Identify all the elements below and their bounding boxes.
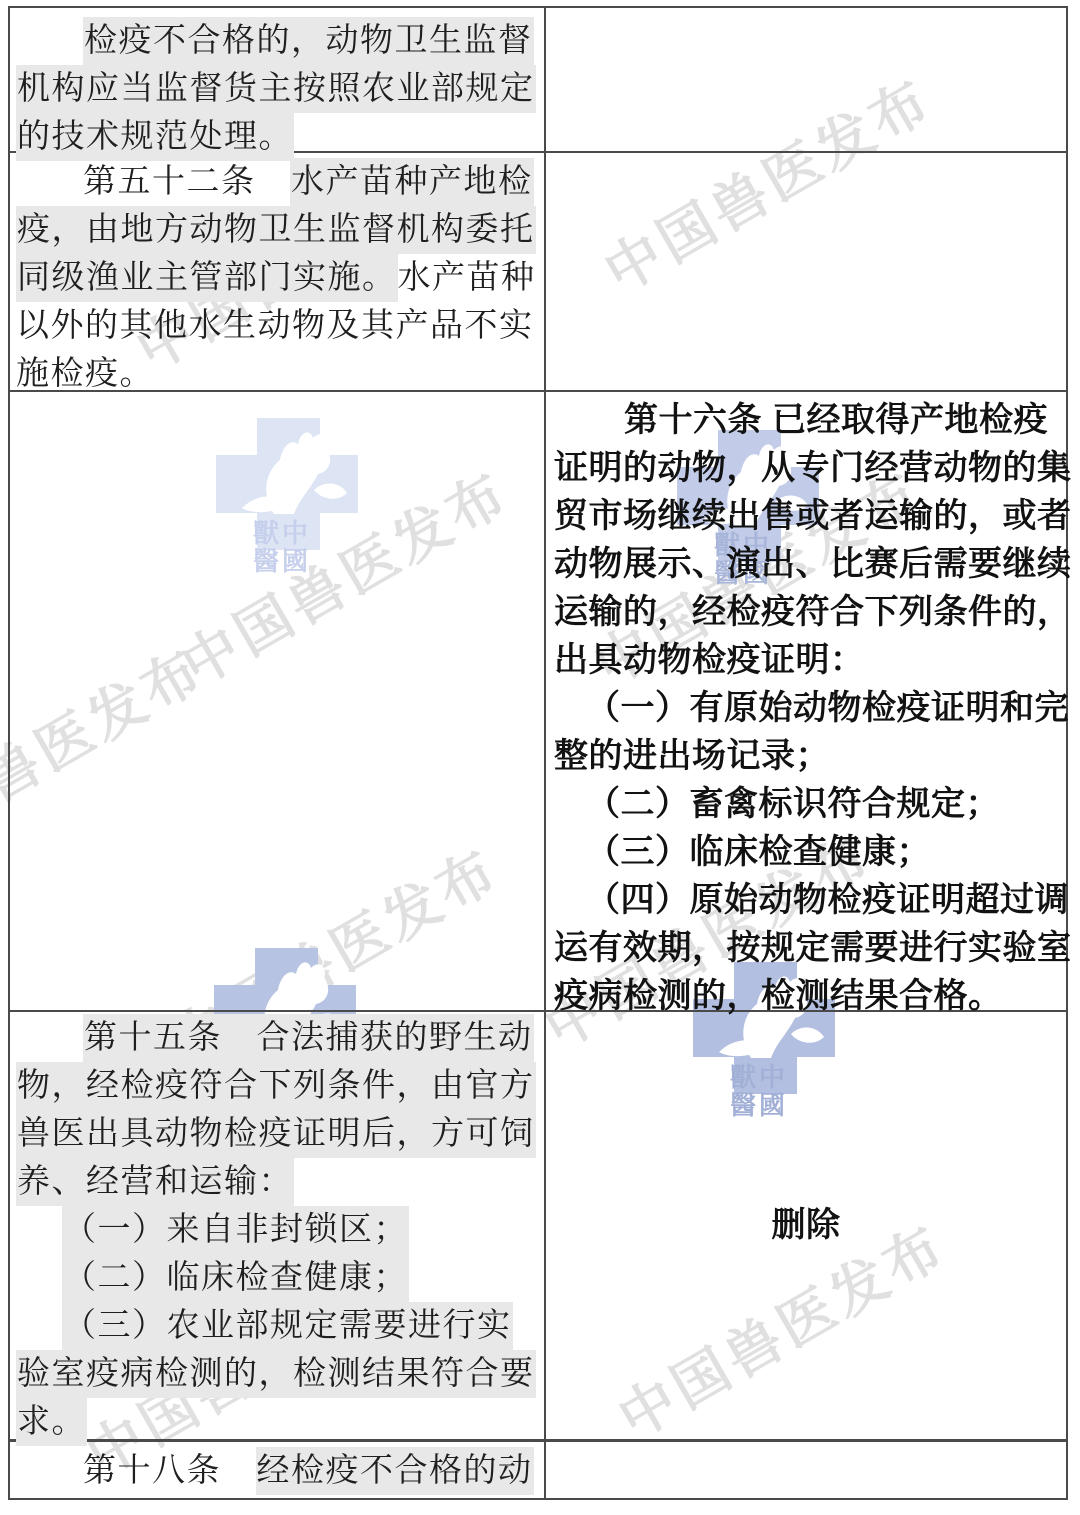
table-cell-left: 第五十二条 水产苗种产地检疫，由地方动物卫生监督机构委托同级渔业主管部门实施。水… xyxy=(10,153,546,390)
table-row: 第十五条 合法捕获的野生动物，经检疫符合下列条件，由官方兽医出具动物检疫证明后，… xyxy=(10,1012,1066,1442)
highlighted-text: 求。 xyxy=(16,1398,87,1446)
highlighted-text: 经检疫不合格的动 xyxy=(256,1447,534,1495)
plain-text: （四）原始动物检疫证明超过调 xyxy=(586,881,1069,919)
highlighted-text: 机构应当监督货主按照农业部规定 xyxy=(16,65,536,113)
plain-text: 疫病检测的，检测结果合格。 xyxy=(554,977,1003,1015)
text-line: （二）临床检查健康； xyxy=(16,1254,544,1302)
text-line: 第十八条 经检疫不合格的动 xyxy=(16,1447,544,1495)
text-line: （三）农业部规定需要进行实 xyxy=(16,1302,544,1350)
plain-text: 运有效期，按规定需要进行实验室 xyxy=(554,929,1072,967)
text-line: 证明的动物，从专门经营动物的集 xyxy=(554,444,1072,492)
plain-text: 动物展示、演出、比赛后需要继续 xyxy=(554,545,1072,583)
text-line: 出具动物检疫证明： xyxy=(554,636,1072,684)
text-line: 以外的其他水生动物及其产品不实 xyxy=(16,302,544,350)
table-cell-right xyxy=(546,8,1066,151)
text-line: 第十五条 合法捕获的野生动 xyxy=(16,1014,544,1062)
table-cell-right xyxy=(546,1442,1066,1498)
highlighted-text: 疫，由地方动物卫生监督机构委托 xyxy=(16,206,536,254)
highlighted-text: 验室疫病检测的，检测结果符合要 xyxy=(16,1350,536,1398)
text-line: 施检疫。 xyxy=(16,350,544,398)
plain-text: 运输的，经检疫符合下列条件的， xyxy=(554,593,1072,631)
text-line: 机构应当监督货主按照农业部规定 xyxy=(16,65,544,113)
plain-text: 第十六条 已经取得产地检疫 xyxy=(624,401,1048,439)
highlighted-text: （二）临床检查健康； xyxy=(62,1254,409,1302)
table-cell-right xyxy=(546,153,1066,390)
plain-text: 水产苗种 xyxy=(398,260,536,296)
text-line: 疫，由地方动物卫生监督机构委托 xyxy=(16,206,544,254)
text-line: （一）来自非封锁区； xyxy=(16,1206,544,1254)
text-line: 第五十二条 水产苗种产地检 xyxy=(16,158,544,206)
plain-text: （三）临床检查健康； xyxy=(586,833,931,871)
plain-text: 证明的动物，从专门经营动物的集 xyxy=(554,449,1072,487)
table-cell-right: 第十六条 已经取得产地检疫证明的动物，从专门经营动物的集贸市场继续出售或者运输的… xyxy=(546,392,1072,1010)
highlighted-text: 水产苗种产地检 xyxy=(290,158,534,206)
text-line: （二）畜禽标识符合规定； xyxy=(554,780,1072,828)
plain-text: （二）畜禽标识符合规定； xyxy=(586,785,1000,823)
text-line: 运有效期，按规定需要进行实验室 xyxy=(554,924,1072,972)
text-line: 动物展示、演出、比赛后需要继续 xyxy=(554,540,1072,588)
table-cell-left xyxy=(10,392,546,1010)
highlighted-text: 兽医出具动物检疫证明后，方可饲 xyxy=(16,1110,536,1158)
plain-text: 出具动物检疫证明： xyxy=(554,641,865,679)
text-line: 删除 xyxy=(772,1205,841,1246)
highlighted-text: （三）农业部规定需要进行实 xyxy=(62,1302,513,1350)
document-page: { "page": {"width": 1080, "height": 1515… xyxy=(0,0,1080,1515)
table-row: 第五十二条 水产苗种产地检疫，由地方动物卫生监督机构委托同级渔业主管部门实施。水… xyxy=(10,153,1066,392)
text-line: （四）原始动物检疫证明超过调 xyxy=(554,876,1072,924)
table-cell-left: 第十八条 经检疫不合格的动 xyxy=(10,1442,546,1498)
highlighted-text: 养、经营和运输： xyxy=(16,1158,294,1206)
comparison-table: 检疫不合格的，动物卫生监督机构应当监督货主按照农业部规定的技术规范处理。第五十二… xyxy=(8,6,1068,1500)
table-row: 第十八条 经检疫不合格的动 xyxy=(10,1442,1066,1498)
text-line: （三）临床检查健康； xyxy=(554,828,1072,876)
highlighted-text: （一）来自非封锁区； xyxy=(62,1206,409,1254)
table-cell-left: 第十五条 合法捕获的野生动物，经检疫符合下列条件，由官方兽医出具动物检疫证明后，… xyxy=(10,1012,546,1439)
plain-text: 以外的其他水生动物及其产品不实 xyxy=(16,308,534,344)
deleted-marker-cell: 删除 xyxy=(546,1012,1066,1439)
text-line: 求。 xyxy=(16,1398,544,1446)
text-line: 运输的，经检疫符合下列条件的， xyxy=(554,588,1072,636)
text-line: 第十六条 已经取得产地检疫 xyxy=(554,396,1072,444)
highlighted-text: 同级渔业主管部门实施。 xyxy=(16,254,398,302)
plain-text: 第五十二条 xyxy=(83,164,290,200)
table-row: 检疫不合格的，动物卫生监督机构应当监督货主按照农业部规定的技术规范处理。 xyxy=(10,8,1066,153)
highlighted-text: 检疫不合格的，动物卫生监督 xyxy=(83,17,534,65)
text-line: 检疫不合格的，动物卫生监督 xyxy=(16,17,544,65)
text-line: 兽医出具动物检疫证明后，方可饲 xyxy=(16,1110,544,1158)
plain-text: 删除 xyxy=(772,1206,841,1244)
plain-text: 贸市场继续出售或者运输的，或者 xyxy=(554,497,1072,535)
highlighted-text: 第十五条 合法捕获的野生动 xyxy=(83,1014,534,1062)
text-line: 整的进出场记录； xyxy=(554,732,1072,780)
plain-text: 第十八条 xyxy=(83,1453,256,1489)
text-line: 贸市场继续出售或者运输的，或者 xyxy=(554,492,1072,540)
text-line: 验室疫病检测的，检测结果符合要 xyxy=(16,1350,544,1398)
text-line: 养、经营和运输： xyxy=(16,1158,544,1206)
plain-text: 施检疫。 xyxy=(16,356,154,392)
table-cell-left: 检疫不合格的，动物卫生监督机构应当监督货主按照农业部规定的技术规范处理。 xyxy=(10,8,546,151)
plain-text: （一）有原始动物检疫证明和完 xyxy=(586,689,1069,727)
plain-text: 整的进出场记录； xyxy=(554,737,830,775)
text-line: （一）有原始动物检疫证明和完 xyxy=(554,684,1072,732)
highlighted-text: 物，经检疫符合下列条件，由官方 xyxy=(16,1062,536,1110)
text-line: 物，经检疫符合下列条件，由官方 xyxy=(16,1062,544,1110)
table-row: 第十六条 已经取得产地检疫证明的动物，从专门经营动物的集贸市场继续出售或者运输的… xyxy=(10,392,1066,1012)
text-line: 同级渔业主管部门实施。水产苗种 xyxy=(16,254,544,302)
